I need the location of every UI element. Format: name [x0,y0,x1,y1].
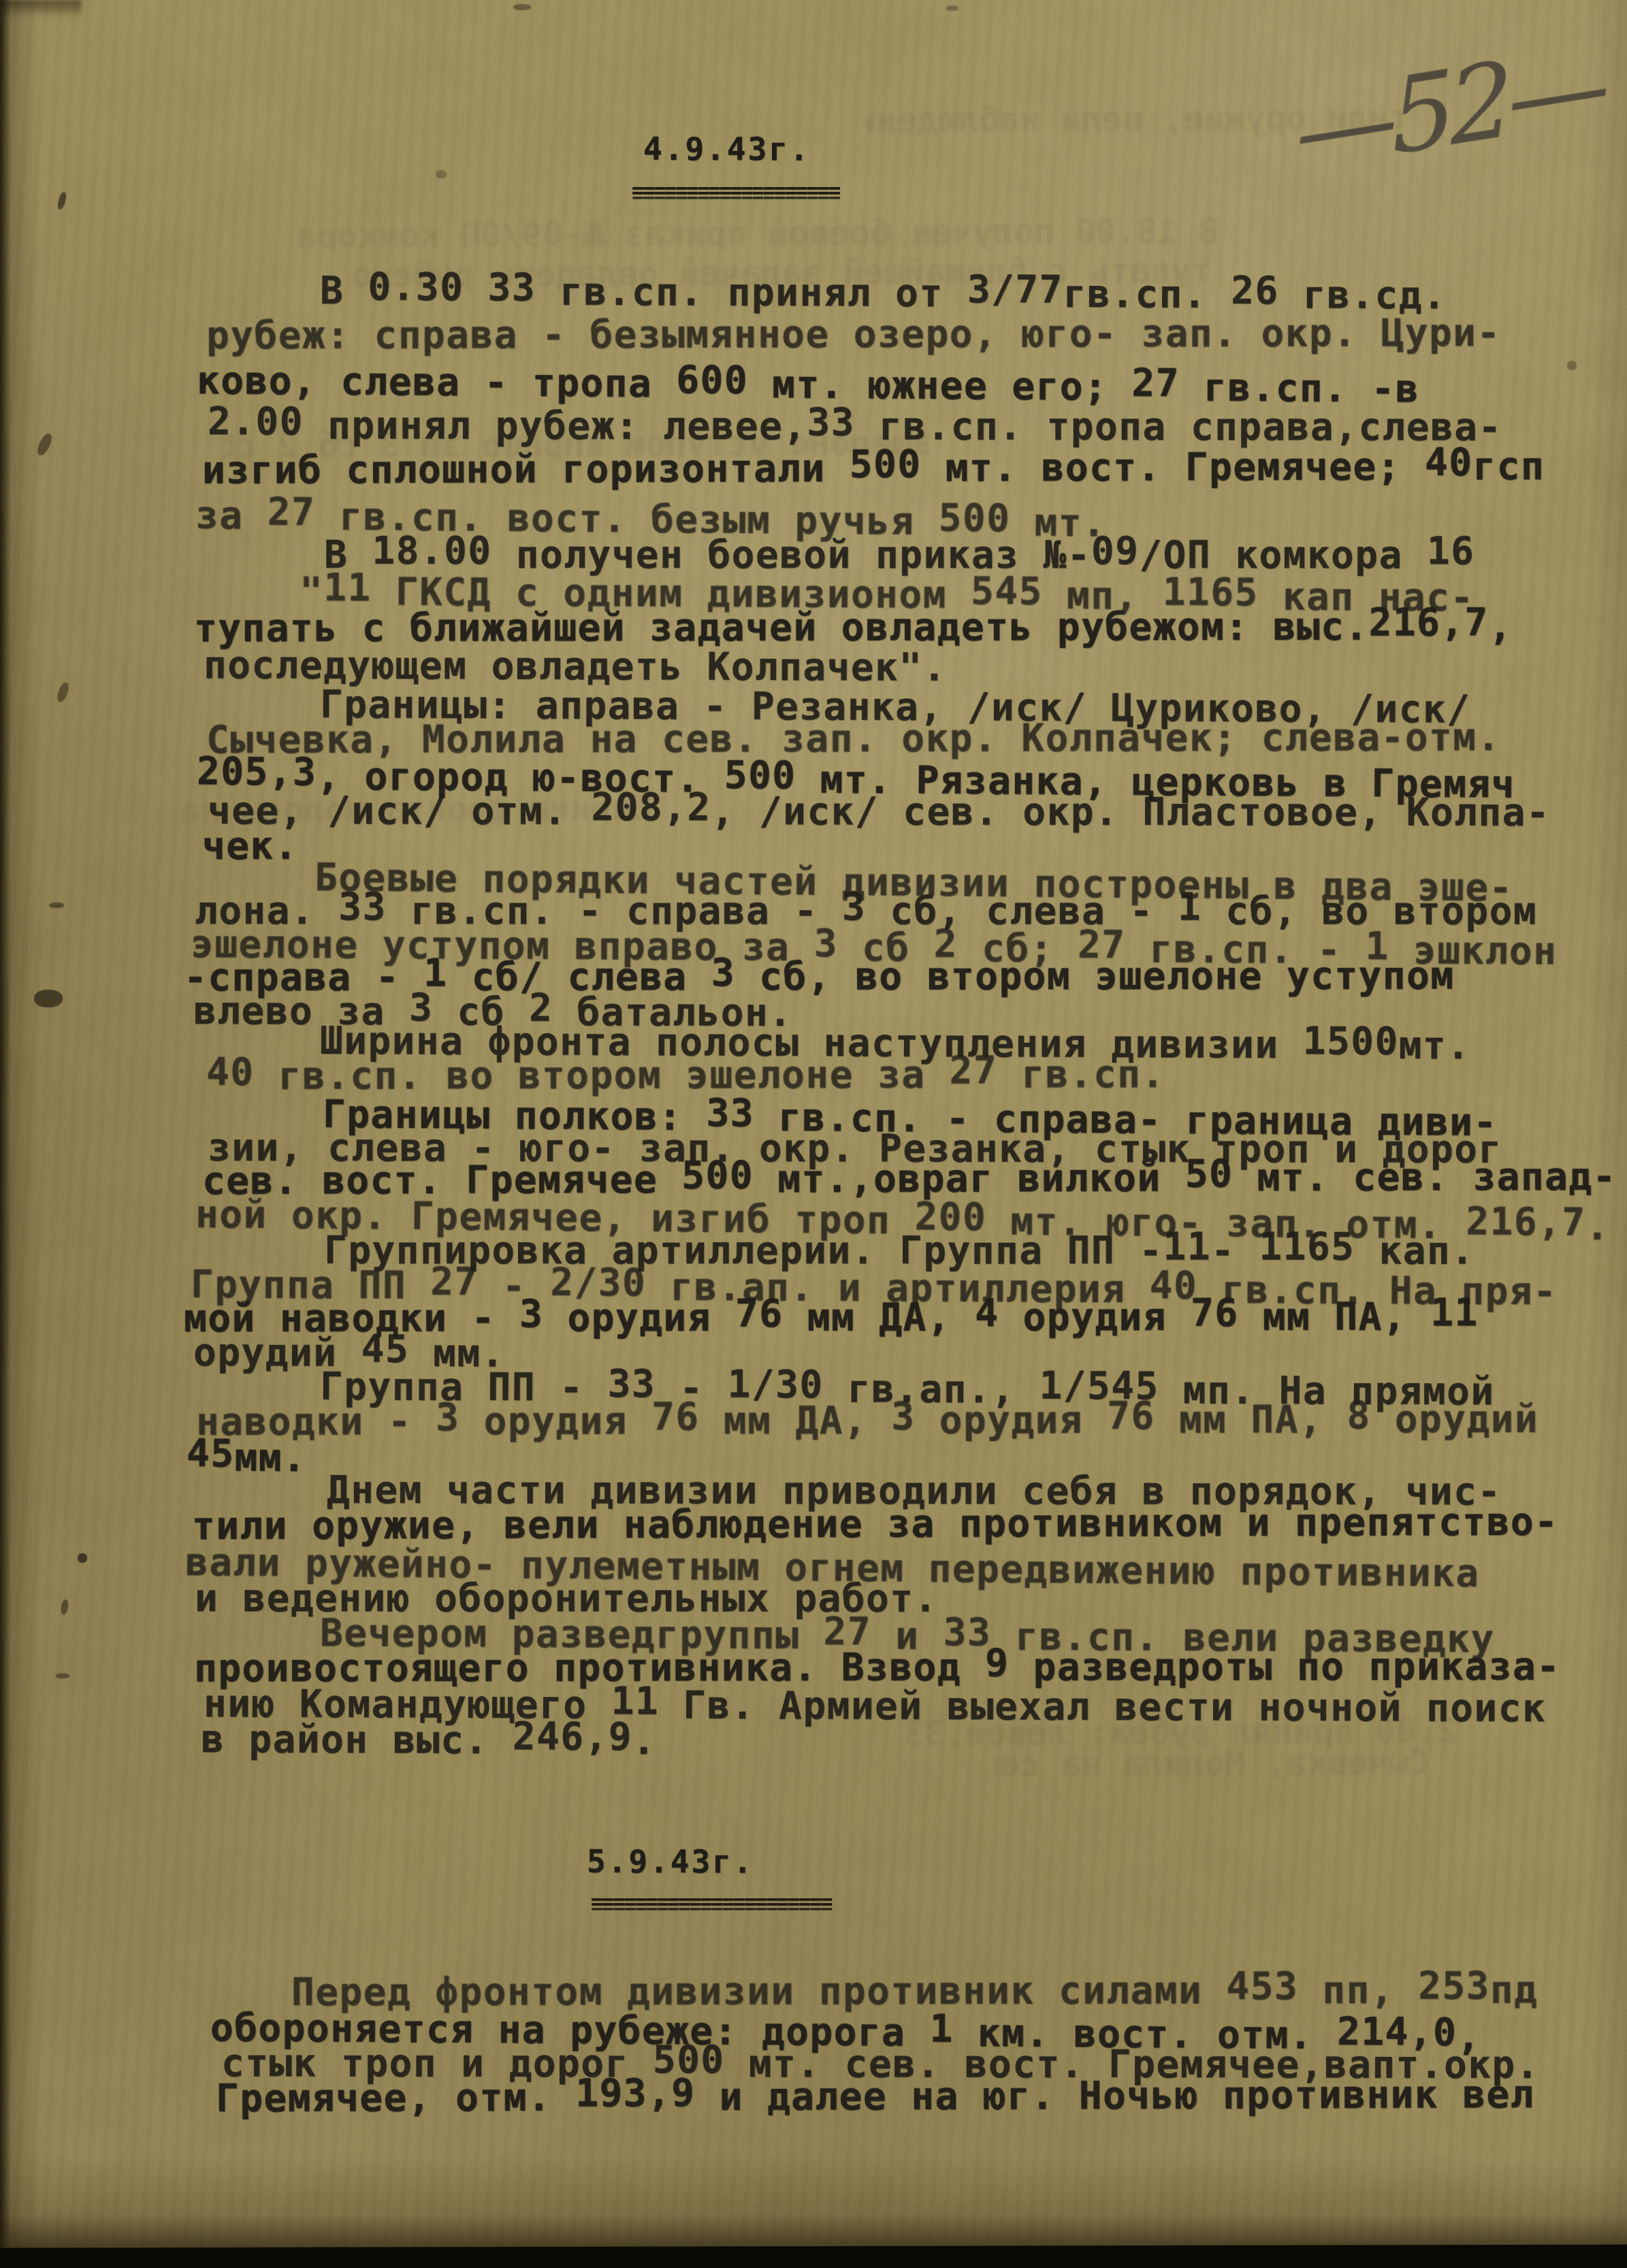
ink-speck [436,170,447,178]
ink-speck [946,5,959,11]
typed-line: 40 гв.сп. во втором эшелоне за 27 гв.сп. [206,1056,1165,1096]
handwritten-page-number: —52— [1293,33,1606,185]
typed-line: 2.00 принял рубеж: левее,33 гв.сп. тропа… [208,407,1502,447]
ink-speck [60,1599,69,1615]
typed-line: В 18.00 получен боевой приказ №-09/ОП ко… [324,536,1475,575]
scan-edge-left-shadow [0,0,11,2268]
ink-speck [57,191,67,210]
typed-line: тили оружие, вели наблюдение за противни… [192,1504,1558,1546]
typed-line: чее, /иск/ отм. 208,2, /иск/ сев. окр. П… [208,792,1550,832]
date-heading: 5.9.43г. [587,1846,754,1878]
typed-line: Гремячее, отм. 193,9 и далее на юг. Ночь… [216,2076,1534,2118]
typed-line: Перед фронтом дивизии противник силами 4… [291,1971,1538,2012]
ink-speck [78,1553,87,1563]
ink-bleedthrough: Сычевка, Молила на сев. зап. окр. Колпач… [994,1745,1430,1781]
typed-line: изгиб сплошной горизонтали 500 мт. вост.… [202,448,1545,490]
typed-line: в район выс. 246,9. [201,1721,656,1761]
typed-line: рубеж: справа - безымянное озеро, юго- з… [206,314,1501,355]
typed-line: чек. [202,828,298,866]
typed-line: 45мм. [187,1439,306,1478]
date-heading: 4.9.43г. [643,133,811,165]
ink-speck [1567,361,1577,370]
date-underline: =================== [632,181,839,201]
ink-speck [513,4,531,10]
document-page: тили оружие, вели наблюдение за противни… [0,0,1627,2268]
date-underline: ====================== [591,1892,831,1913]
scanner-background-strip [0,2244,1627,2268]
typed-line: наводки - 3 орудия 76 мм ДА, 3 орудия 76… [196,1401,1539,1442]
ink-speck [55,681,70,704]
ink-bleedthrough: В 18.00 получен боевой приказ №-09/ОП ко… [293,214,1219,253]
ink-speck [49,903,64,908]
ink-speck [34,990,63,1007]
typed-line: В 0.30 33 гв.сп. принял от 3/77гв.сп. 26… [320,272,1447,315]
ink-speck [35,432,54,457]
scan-corner-top-left-shadow [0,0,82,18]
ink-speck [56,1673,69,1679]
typed-line: Сычевка, Молила на сев. зап. окр. Колпач… [206,719,1501,760]
typed-line: тупать с ближайшей задачей овладеть рубе… [194,608,1513,648]
typed-line: последующем овладеть Колпачек". [204,647,947,687]
